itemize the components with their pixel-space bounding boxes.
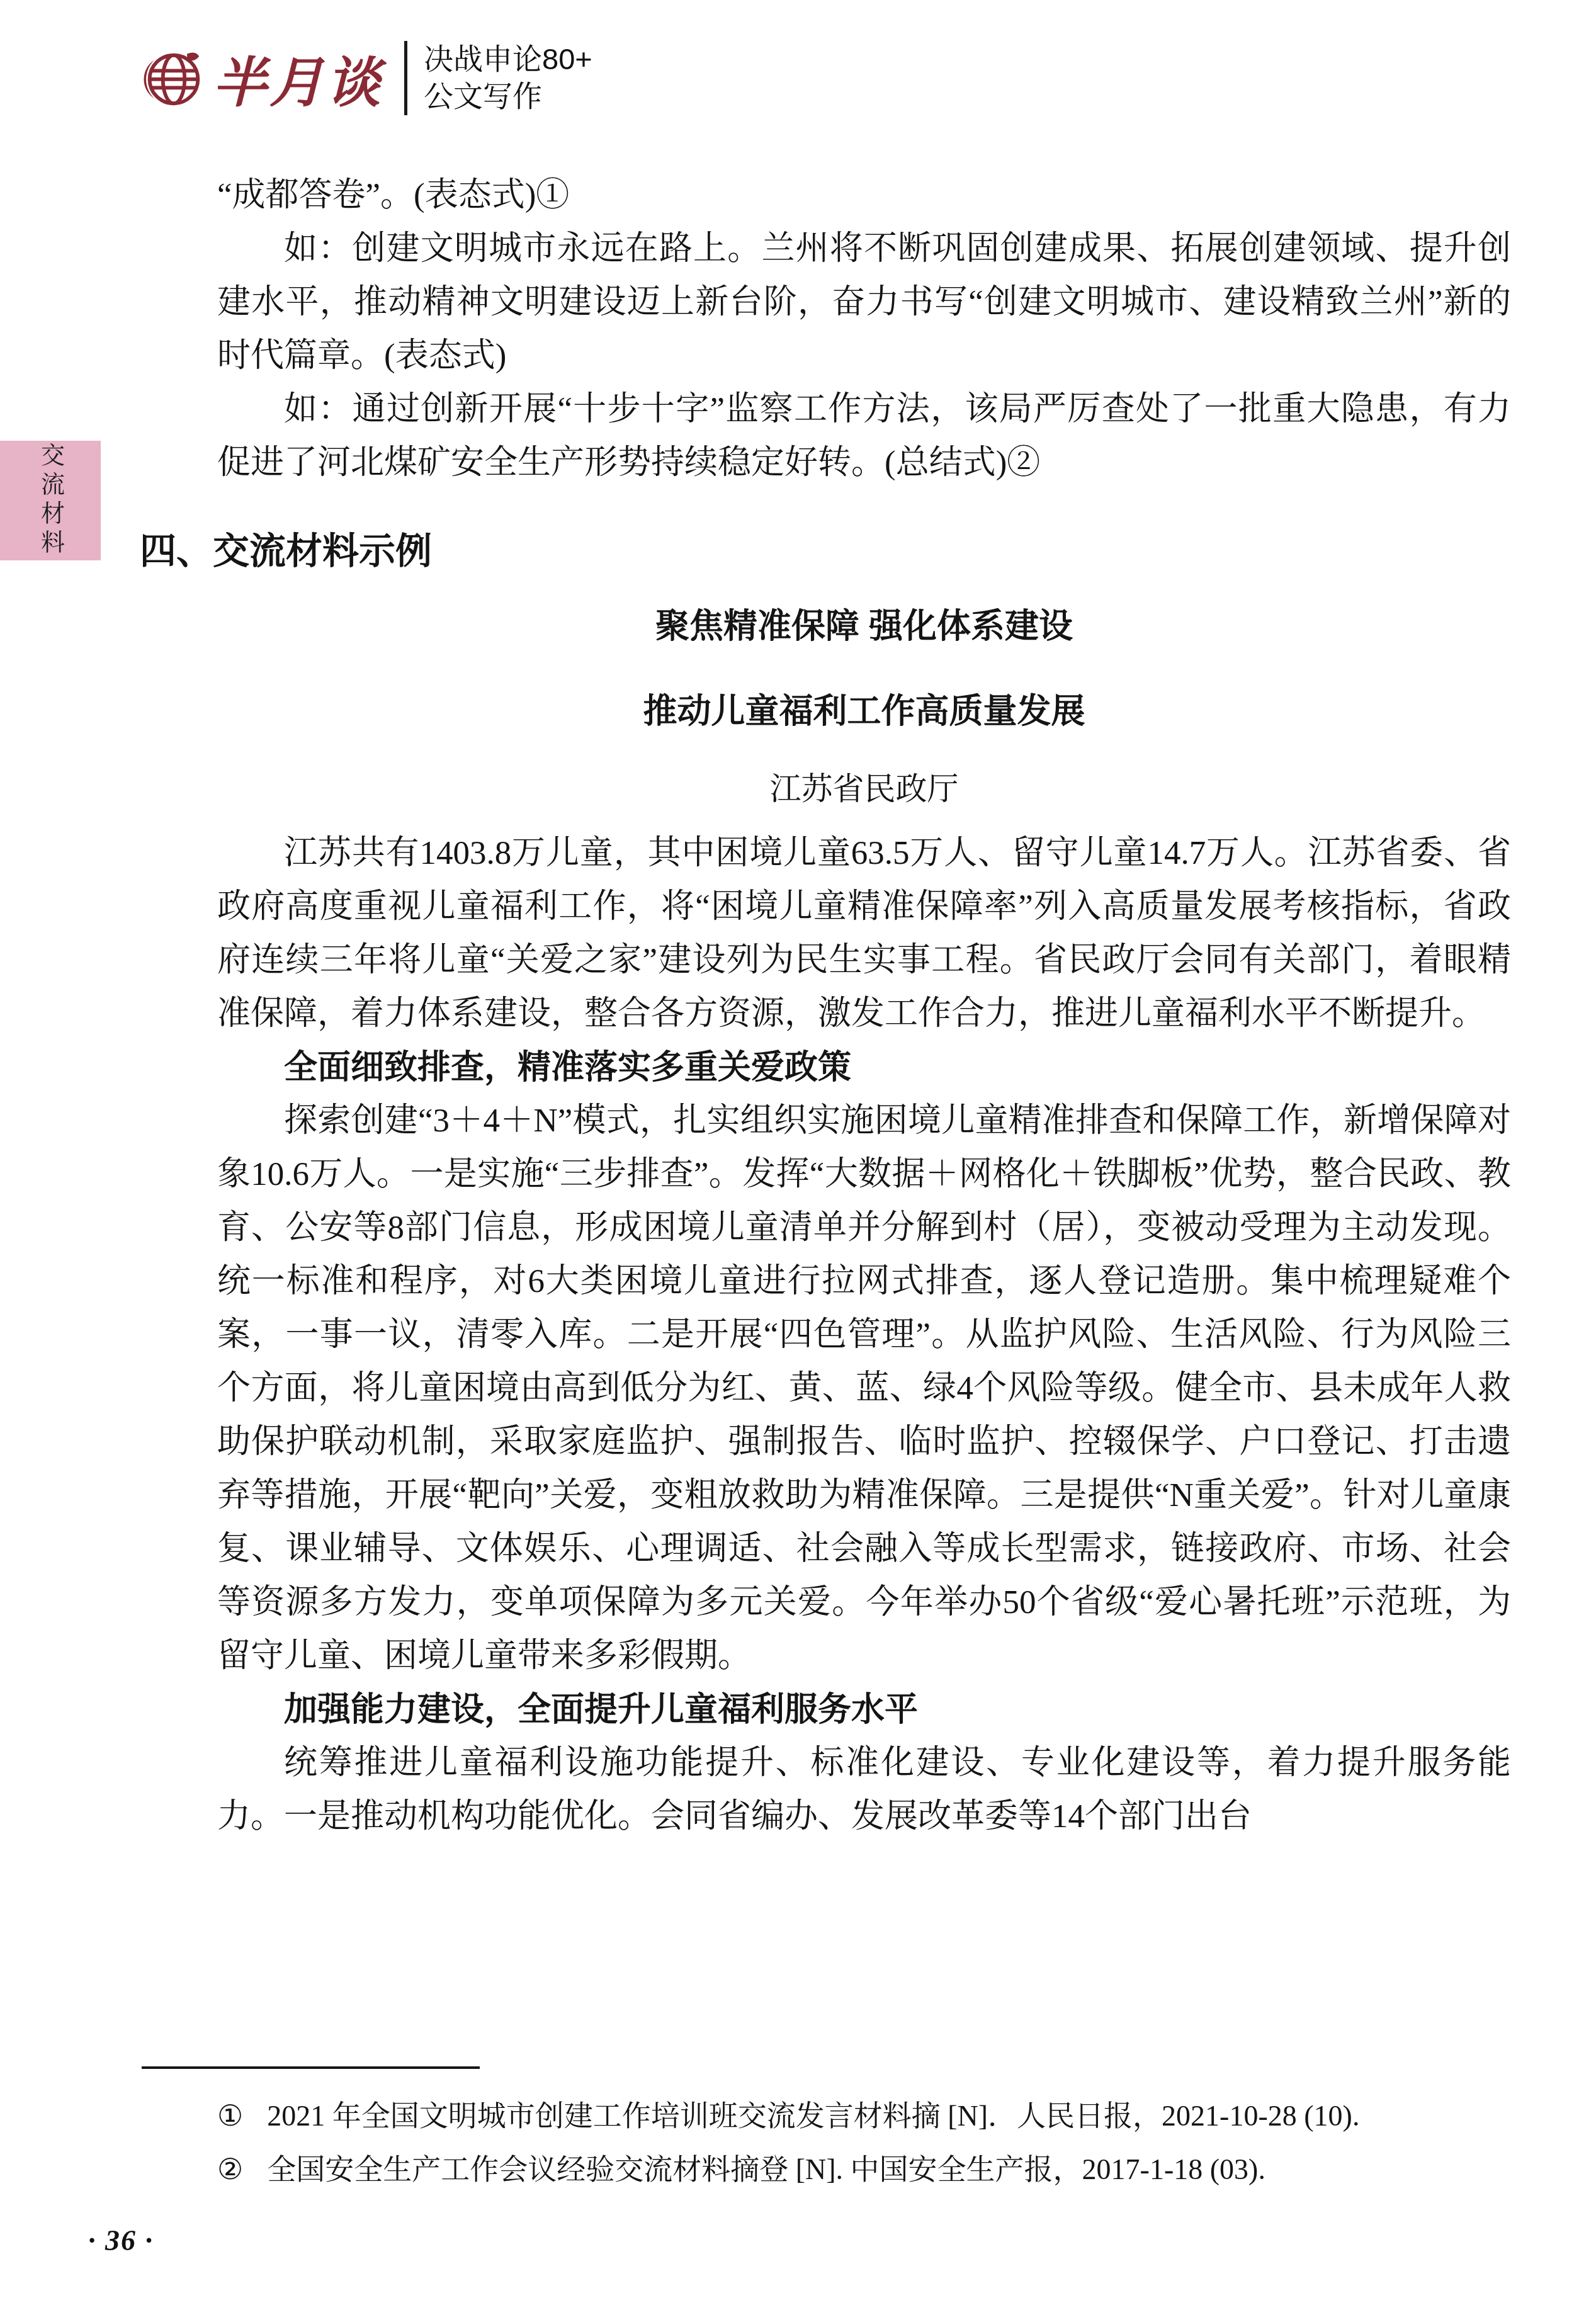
document-title-line2: 推动儿童福利工作高质量发展 [217,682,1511,742]
footnote-separator [142,2066,480,2069]
footnote-1: ① 2021 年全国文明城市创建工作培训班交流发言材料摘 [N]．人民日报，20… [217,2089,1511,2143]
course-title: 公文写作 [424,78,592,115]
page-header: 半月谈 决战申论80+ 公文写作 [144,39,592,117]
footnote-1-marker: ① [217,2089,243,2143]
logo-wordmark: 半月谈 [213,39,383,117]
globe-icon [144,48,204,108]
section-side-tab: 交流材料 [0,441,101,560]
header-divider [404,41,407,115]
footnote-2: ② 全国安全生产工作会议经验交流材料摘登 [N]. 中国安全生产报，2017-1… [217,2143,1511,2196]
footnote-2-marker: ② [217,2143,243,2196]
example-paragraph-1: 如：创建文明城市永远在路上。兰州将不断巩固创建成果、拓展创建领域、提升创建水平，… [217,222,1511,383]
side-tab-label: 交流材料 [33,443,68,558]
paragraph-continuation: “成都答卷”。(表态式)① [217,169,1511,222]
page-number: · 36 · [88,2224,154,2257]
subheading-2: 加强能力建设，全面提升儿童福利服务水平 [217,1683,1511,1736]
header-titles: 决战申论80+ 公文写作 [424,41,592,115]
main-text-column: “成都答卷”。(表态式)① 如：创建文明城市永远在路上。兰州将不断巩固创建成果、… [217,169,1511,1843]
example-paragraph-2: 如：通过创新开展“十步十字”监察工作方法，该局严厉查处了一批重大隐患，有力促进了… [217,383,1511,490]
series-title: 决战申论80+ [424,41,592,78]
footnote-2-text: 全国安全生产工作会议经验交流材料摘登 [N]. 中国安全生产报，2017-1-1… [267,2143,1511,2196]
body-paragraph-1: 江苏共有1403.8万儿童，其中困境儿童63.5万人、留守儿童14.7万人。江苏… [217,827,1511,1041]
subheading-1: 全面细致排查，精准落实多重关爱政策 [217,1041,1511,1094]
section-heading: 四、交流材料示例 [140,521,1511,581]
book-page: 半月谈 决战申论80+ 公文写作 交流材料 “成都答卷”。(表态式)① 如：创建… [0,0,1596,2322]
document-author: 江苏省民政厅 [217,761,1511,817]
document-title-line1: 聚焦精准保障 强化体系建设 [217,597,1511,657]
banyuetan-logo: 半月谈 [144,39,383,117]
footnotes-block: ① 2021 年全国文明城市创建工作培训班交流发言材料摘 [N]．人民日报，20… [217,2089,1511,2196]
body-paragraph-2: 探索创建“3＋4＋N”模式，扎实组织实施困境儿童精准排查和保障工作，新增保障对象… [217,1094,1511,1683]
body-paragraph-3: 统筹推进儿童福利设施功能提升、标准化建设、专业化建设等，着力提升服务能力。一是推… [217,1736,1511,1843]
footnote-1-text: 2021 年全国文明城市创建工作培训班交流发言材料摘 [N]．人民日报，2021… [267,2089,1511,2143]
